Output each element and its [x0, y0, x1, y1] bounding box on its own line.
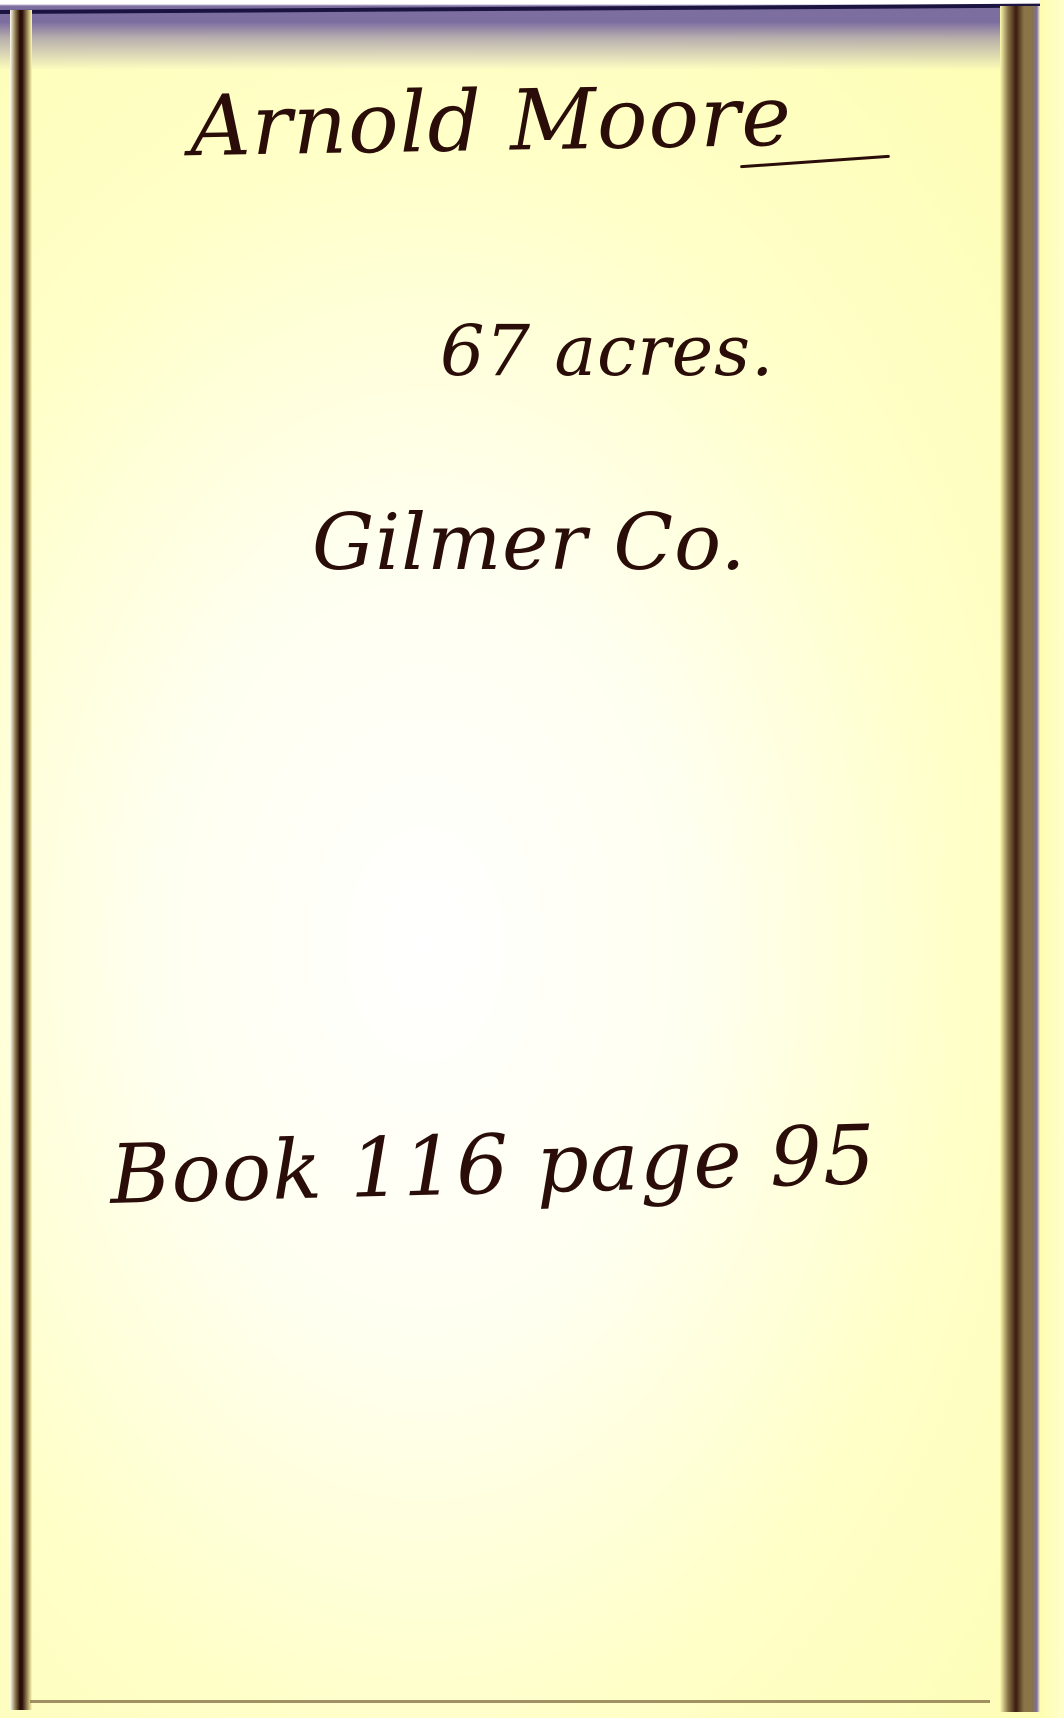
acreage: 67 acres. — [440, 310, 774, 392]
bottom-edge-line — [30, 1700, 990, 1703]
right-page-fringe — [1040, 0, 1064, 1718]
owner-name: Arnold Moore — [189, 67, 792, 175]
left-binding-edge — [10, 10, 32, 1710]
book-page-reference: Book 116 page 95 — [109, 1108, 877, 1223]
document-page: Arnold Moore 67 acres. Gilmer Co. Book 1… — [0, 0, 1064, 1718]
right-binding-edge — [1000, 6, 1040, 1712]
county: Gilmer Co. — [312, 498, 746, 588]
